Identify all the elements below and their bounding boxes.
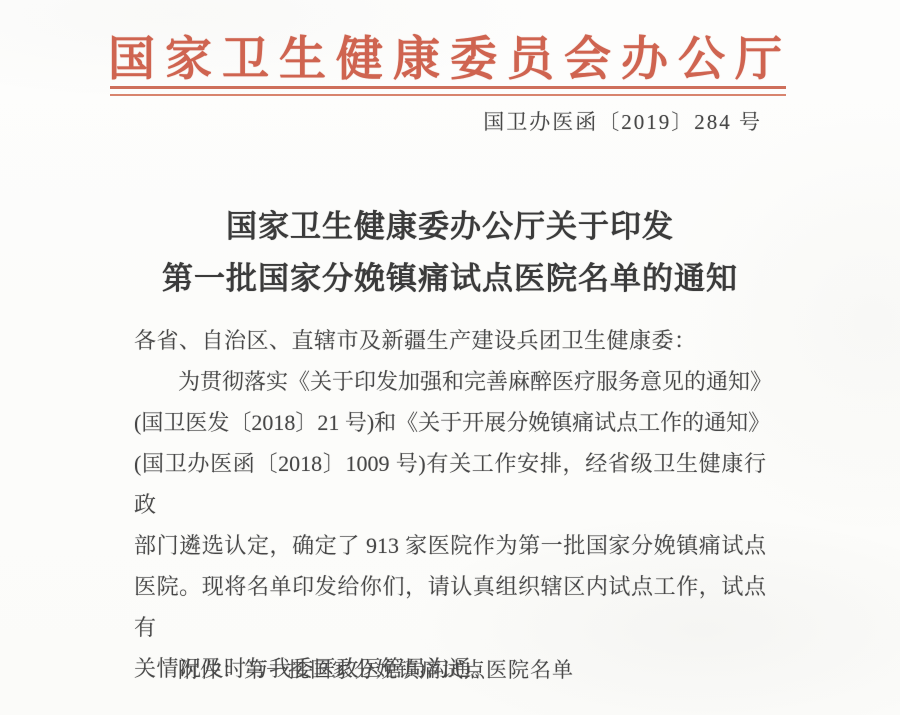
body-line: (国卫办医函〔2018〕1009 号)有关工作安排，经省级卫生健康行政 [134, 443, 766, 525]
document-page: 国家卫生健康委员会办公厅 国卫办医函〔2019〕284 号 国家卫生健康委办公厅… [0, 0, 900, 715]
notice-body: 各省、自治区、直辖市及新疆生产建设兵团卫生健康委： 为贯彻落实《关于印发加强和完… [134, 320, 766, 689]
attachment-reference-line: 附件：第一批国家分娩镇痛试点医院名单 [178, 650, 574, 691]
salutation-line: 各省、自治区、直辖市及新疆生产建设兵团卫生健康委： [134, 320, 766, 361]
letterhead-separator-rule [110, 86, 786, 96]
document-reference-number: 国卫办医函〔2019〕284 号 [483, 106, 762, 136]
body-line: 部门遴选认定，确定了 913 家医院作为第一批国家分娩镇痛试点 [134, 525, 766, 566]
notice-title-line1: 国家卫生健康委办公厅关于印发 [0, 201, 900, 253]
notice-title: 国家卫生健康委办公厅关于印发 第一批国家分娩镇痛试点医院名单的通知 [0, 201, 900, 305]
notice-title-line2: 第一批国家分娩镇痛试点医院名单的通知 [0, 253, 900, 305]
body-line: (国卫医发〔2018〕21 号)和《关于开展分娩镇痛试点工作的通知》 [134, 402, 766, 443]
body-line: 为贯彻落实《关于印发加强和完善麻醉医疗服务意见的通知》 [134, 361, 766, 402]
body-line: 医院。现将名单印发给你们，请认真组织辖区内试点工作，试点有 [134, 566, 766, 648]
issuing-agency-name: 国家卫生健康委员会办公厅 [0, 22, 900, 89]
